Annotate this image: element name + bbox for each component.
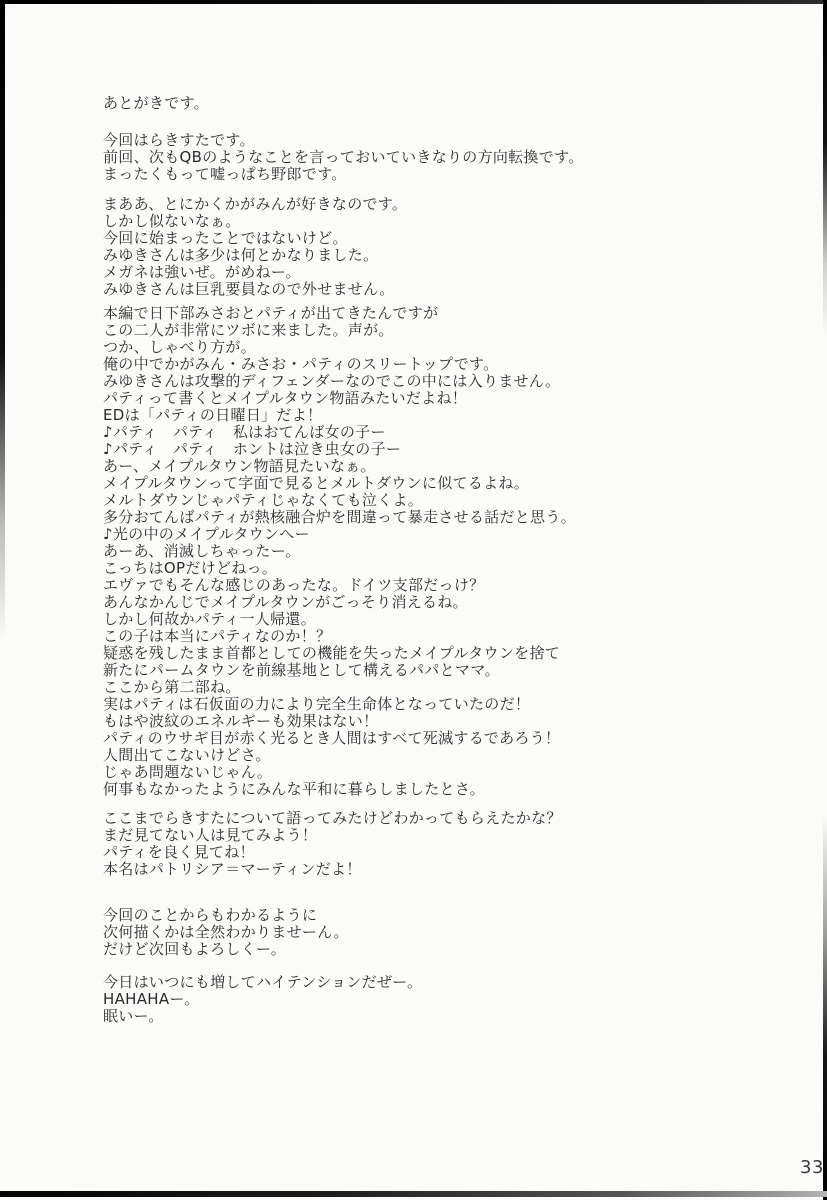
- text-line: だけど次回もよろしくー。: [103, 941, 349, 958]
- text-line: 今日はいつにも増してハイテンションだぜー。: [103, 974, 422, 991]
- text-line: パティのウサギ目が赤く光るとき人間はすべて死滅するであろう！: [103, 730, 576, 747]
- text-line: パティを良く見てね！: [103, 844, 562, 861]
- text-line: 実はパティは石仮面の力により完全生命体となっていたのだ！: [103, 696, 576, 713]
- scan-edge-left: [0, 0, 5, 640]
- text-line: HAHAHAー。: [103, 991, 422, 1008]
- text-line: 前回、次もQBのようなことを言っておいていきなりの方向転換です。: [103, 149, 584, 166]
- text-line: 疑惑を残したまま首都としての機能を失ったメイプルタウンを捨て: [103, 645, 576, 662]
- text-line: ここまでらきすたについて語ってみたけどわかってもらえたかな？: [103, 810, 562, 827]
- paragraph: 今回はらきすたです。前回、次もQBのようなことを言っておいていきなりの方向転換で…: [103, 132, 584, 183]
- text-line: この子は本当にパティなのか！？: [103, 628, 576, 645]
- text-line: メイプルタウンって字面で見るとメルトダウンに似てるよね。: [103, 475, 576, 492]
- text-line: EDは「パティの日曜日」だよ！: [103, 407, 576, 424]
- text-line: まだ見てない人は見てみよう！: [103, 827, 562, 844]
- scan-edge-right: [823, 0, 827, 1200]
- paragraph: 今回のことからもわかるように次何描くかは全然わかりませーん。だけど次回もよろしく…: [103, 907, 349, 958]
- text-line: みゆきさんは多少は何とかなりました。: [103, 247, 407, 264]
- paragraph: まああ、とにかくかがみんが好きなのです。しかし似ないなぁ。今回に始まったことでは…: [103, 196, 407, 298]
- text-line: 今回はらきすたです。: [103, 132, 584, 149]
- text-line: エヴァでもそんな感じのあったな。ドイツ支部だっけ？: [103, 577, 576, 594]
- paragraph: ここまでらきすたについて語ってみたけどわかってもらえたかな？まだ見てない人は見て…: [103, 810, 562, 878]
- text-line: 本編で日下部みさおとパティが出てきたんですが: [103, 305, 576, 322]
- text-line: 新たにパームタウンを前線基地として構えるパパとママ。: [103, 662, 576, 679]
- text-line: まったくもって嘘っぱち野郎です。: [103, 166, 584, 183]
- text-line: 何事もなかったようにみんな平和に暮らしましたとさ。: [103, 781, 576, 798]
- text-line: 今回に始まったことではないけど。: [103, 230, 407, 247]
- text-line: ♪パティ パティ ホントは泣き虫女の子ー: [103, 441, 576, 458]
- text-line: つか、しゃべり方が。: [103, 339, 576, 356]
- paragraph: 本編で日下部みさおとパティが出てきたんですがこの二人が非常にツボに来ました。声が…: [103, 305, 576, 798]
- page-number: 33: [800, 1158, 824, 1178]
- text-line: 今回のことからもわかるように: [103, 907, 349, 924]
- text-line: 次何描くかは全然わかりませーん。: [103, 924, 349, 941]
- text-line: この二人が非常にツボに来ました。声が。: [103, 322, 576, 339]
- text-line: しかし何故かパティ一人帰還。: [103, 611, 576, 628]
- text-line: ♪光の中のメイプルタウンへー: [103, 526, 576, 543]
- text-line: こっちはOPだけどねっ。: [103, 560, 576, 577]
- text-line: みゆきさんは攻撃的ディフェンダーなのでこの中には入りません。: [103, 373, 576, 390]
- paragraph: あとがきです。: [103, 95, 209, 112]
- text-line: 俺の中でかがみん・みさお・パティのスリートップです。: [103, 356, 576, 373]
- text-line: みゆきさんは巨乳要員なので外せません。: [103, 281, 407, 298]
- scanned-afterword-page: あとがきです。今回はらきすたです。前回、次もQBのようなことを言っておいていきな…: [0, 0, 827, 1200]
- text-line: 本名はパトリシア＝マーティンだよ！: [103, 861, 562, 878]
- text-line: じゃあ問題ないじゃん。: [103, 764, 576, 781]
- text-line: まああ、とにかくかがみんが好きなのです。: [103, 196, 407, 213]
- text-line: あとがきです。: [103, 95, 209, 112]
- text-line: メルトダウンじゃパティじゃなくても泣くよ。: [103, 492, 576, 509]
- text-line: あんなかんじでメイプルタウンがごっそり消えるね。: [103, 594, 576, 611]
- text-line: ここから第二部ね。: [103, 679, 576, 696]
- text-line: あー、メイプルタウン物語見たいなぁ。: [103, 458, 576, 475]
- afterword-text-column: あとがきです。今回はらきすたです。前回、次もQBのようなことを言っておいていきな…: [103, 0, 763, 1200]
- text-line: 眠いー。: [103, 1008, 422, 1025]
- text-line: ♪パティ パティ 私はおてんば女の子ー: [103, 424, 576, 441]
- paragraph: 今日はいつにも増してハイテンションだぜー。HAHAHAー。眠いー。: [103, 974, 422, 1025]
- text-line: あーあ、消滅しちゃったー。: [103, 543, 576, 560]
- text-line: パティって書くとメイプルタウン物語みたいだよね！: [103, 390, 576, 407]
- text-line: もはや波紋のエネルギーも効果はない！: [103, 713, 576, 730]
- text-line: 人間出てこないけどさ。: [103, 747, 576, 764]
- text-line: 多分おてんばパティが熱核融合炉を間違って暴走させる話だと思う。: [103, 509, 576, 526]
- text-line: メガネは強いぜ。がめねー。: [103, 264, 407, 281]
- text-line: しかし似ないなぁ。: [103, 213, 407, 230]
